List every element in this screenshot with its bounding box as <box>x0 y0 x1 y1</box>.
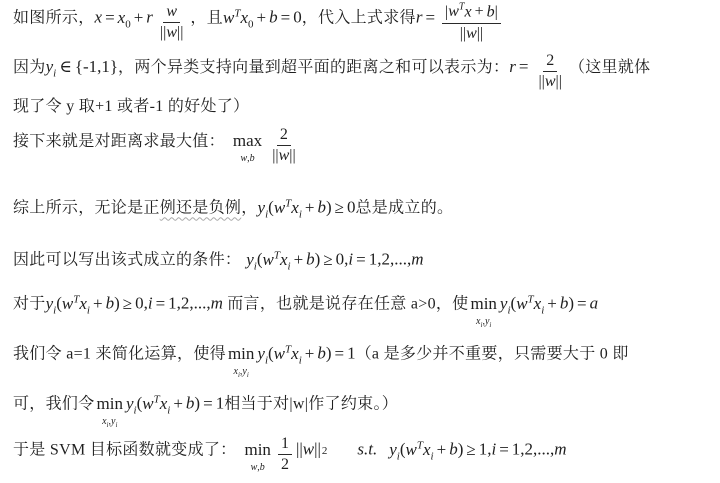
text-run: 总是成立的。 <box>356 200 454 217</box>
text-run: 因此可以写出该式成立的条件： <box>13 252 241 269</box>
math-token: b <box>449 440 458 459</box>
text-run: ， <box>241 200 257 217</box>
math-fraction: 12 <box>278 435 292 475</box>
math-token: y <box>257 344 265 363</box>
math-fraction: w||w|| <box>157 3 186 43</box>
math-subscripted: xi <box>160 394 171 413</box>
math-token: x <box>291 198 299 217</box>
math-token: w <box>406 440 417 459</box>
math-token: x <box>95 8 103 27</box>
math-operator-with-limits: minw,b <box>244 439 270 462</box>
text-line-2: 因为yi∈{-1,1}，两个异类支持向量到超平面的距离之和可以表示为：r=2||… <box>13 52 650 92</box>
fraction-denominator: 2 <box>278 455 292 474</box>
math-token: x <box>79 294 87 313</box>
operator-underscript: w,b <box>240 149 254 165</box>
math-subscripted: xi <box>534 294 545 313</box>
math-token: b <box>250 153 255 164</box>
math-subscripted: yi <box>246 250 257 269</box>
math-token: + <box>173 394 183 413</box>
operator-name: max <box>233 131 262 150</box>
text-run: 于是 SVM 目标函数就变成了： <box>13 442 236 459</box>
math-token: y <box>126 394 134 413</box>
math-superscripted: wT <box>262 250 279 269</box>
math-token: || <box>296 440 303 459</box>
math-token: m <box>211 294 223 313</box>
subscript: i <box>299 354 302 366</box>
math-token: || <box>177 24 183 41</box>
text-line-10: 于是 SVM 目标函数就变成了：minw,b12||w||2s.t.yi(wTx… <box>13 434 567 475</box>
math-token: w <box>516 294 527 313</box>
subscript: i <box>541 304 544 316</box>
math-subscripted: xi <box>291 344 302 363</box>
operator-name: min <box>228 344 254 363</box>
math-subscripted: yi <box>46 294 57 313</box>
math-token: + <box>305 198 315 217</box>
text-run: 相当于对|w|作了约束。） <box>224 396 398 413</box>
text-run: 接下来就是对距离求最大值： <box>13 133 225 150</box>
math-token: y <box>258 198 266 217</box>
math-token: ) <box>194 394 200 413</box>
text-line-6: 因此可以写出该式成立的条件：yi(wTxi+b)≥0,i=1,2,...,m <box>13 244 424 277</box>
math-token: w <box>142 394 153 413</box>
math-token: = <box>203 394 213 413</box>
math-token: ≥ <box>335 198 344 217</box>
math-subscripted: x0 <box>240 8 253 27</box>
subscript: i <box>115 421 117 429</box>
math-token: 2 <box>546 52 554 69</box>
math-token: ) <box>326 198 332 217</box>
text-line-1: 如图所示，x=x0+rw||w||，且wTx0+b=0，代入上式求得r=|wTx… <box>13 2 505 43</box>
math-subscripted: yi <box>389 440 400 459</box>
math-token: w <box>303 440 314 459</box>
math-token: w <box>262 250 273 269</box>
fraction-denominator: ||w|| <box>535 72 564 91</box>
math-token: b <box>317 344 326 363</box>
math-token: w <box>274 198 285 217</box>
fraction-denominator: ||w|| <box>157 23 186 42</box>
math-token: 2 <box>280 126 288 143</box>
math-operator-with-limits: minxi,yi <box>228 343 254 366</box>
math-superscripted: wT <box>448 3 464 20</box>
math-token: = <box>335 344 345 363</box>
math-token: b <box>306 250 315 269</box>
math-token: w <box>166 3 177 20</box>
math-token: | <box>495 3 498 20</box>
math-token: m <box>554 440 566 459</box>
fraction-numerator: w <box>163 3 180 23</box>
math-subscripted: xi <box>79 294 90 313</box>
math-subscripted: xi <box>423 440 434 459</box>
math-fraction: 2||w|| <box>535 52 564 92</box>
math-token: b <box>317 198 326 217</box>
math-token: x <box>240 8 248 27</box>
fraction-denominator: ||w|| <box>457 24 486 43</box>
math-operator-with-limits: minxi,yi <box>97 393 123 416</box>
text-run: ，代入上式求得 <box>302 10 416 27</box>
math-token: i <box>348 250 353 269</box>
math-token: 1,2,..., <box>168 294 211 313</box>
text-run: ，且 <box>190 10 223 27</box>
math-token: 1 <box>347 344 356 363</box>
math-token: + <box>305 344 315 363</box>
math-subscripted: xi <box>291 198 302 217</box>
math-token: w <box>62 294 73 313</box>
operator-underscript: w,b <box>251 458 265 474</box>
math-token: w <box>223 8 234 27</box>
math-token: 0, <box>336 250 349 269</box>
math-token: + <box>437 440 447 459</box>
math-subscripted: xi <box>280 250 291 269</box>
math-subscripted: yi <box>126 394 137 413</box>
text-line-7: 对于yi(wTxi+b)≥0,i=1,2,...,m 而言，也就是说存在任意 a… <box>13 288 598 321</box>
math-subscripted: yi <box>258 198 269 217</box>
fraction-numerator: 2 <box>543 52 557 72</box>
math-token: ) <box>568 294 574 313</box>
math-subscripted: yi <box>485 316 491 327</box>
math-token: w <box>466 25 477 42</box>
math-operator-with-limits: minxi,yi <box>470 293 496 316</box>
text-run: ，两个异类支持向量到超平面的距离之和可以表示为： <box>118 59 509 76</box>
math-token: = <box>105 8 115 27</box>
math-token: + <box>134 8 144 27</box>
math-token: = <box>156 294 166 313</box>
fraction-denominator: ||w|| <box>269 146 298 165</box>
math-token: = <box>425 8 435 27</box>
math-token: m <box>411 250 423 269</box>
math-superscripted: wT <box>516 294 533 313</box>
text-run: 综上所示，无论是正 <box>13 200 160 217</box>
math-token: ) <box>315 250 321 269</box>
math-token: 1 <box>216 394 225 413</box>
math-subscripted: x0 <box>118 8 131 27</box>
math-operator-with-limits: maxw,b <box>233 130 262 153</box>
math-token: ∈ <box>59 57 72 76</box>
operator-underscript: xi,yi <box>234 362 249 379</box>
operator-underscript: xi,yi <box>102 412 117 429</box>
math-token: = <box>519 57 529 76</box>
operator-name: min <box>97 394 123 413</box>
subscript: i <box>288 260 291 272</box>
math-token: 1,2,..., <box>369 250 412 269</box>
text-line-8: 我们令 a=1 来简化运算，使得minxi,yiyi(wTxi+b)=1（a 是… <box>13 338 629 371</box>
math-token: r <box>146 8 153 27</box>
math-token: + <box>294 250 304 269</box>
math-token: + <box>93 294 103 313</box>
math-token: x <box>423 440 431 459</box>
document-page: 如图所示，x=x0+rw||w||，且wTx0+b=0，代入上式求得r=|wTx… <box>0 0 720 483</box>
text-run: （a 是多少并不重要，只需要大于 0 即 <box>356 346 629 363</box>
text-run: 而言，也就是说存在任意 a>0，使 <box>223 296 469 313</box>
math-token: {-1,1} <box>75 57 118 76</box>
math-token: ) <box>458 440 464 459</box>
math-superscripted: wT <box>62 294 79 313</box>
math-token: 1,2,..., <box>512 440 555 459</box>
subscript: i <box>299 208 302 220</box>
math-subscripted: yi <box>500 294 511 313</box>
math-token: w <box>251 462 258 473</box>
subscript: 0 <box>125 18 131 30</box>
math-subscripted: yi <box>46 57 57 76</box>
fraction-numerator: 1 <box>278 435 292 455</box>
math-token: w <box>279 147 290 164</box>
text-run-wavy-underline: 例还是负例 <box>160 200 242 217</box>
math-token: w <box>240 153 247 164</box>
math-token: w <box>448 3 459 20</box>
math-token: w <box>274 344 285 363</box>
math-token: = <box>577 294 587 313</box>
math-token: r <box>509 57 516 76</box>
math-token: b <box>260 462 265 473</box>
math-superscripted: wT <box>223 8 240 27</box>
math-token: || <box>477 25 483 42</box>
math-token: s.t. <box>357 440 377 459</box>
math-token: 1, <box>479 440 492 459</box>
subscript: 0 <box>248 18 254 30</box>
math-token: y <box>389 440 397 459</box>
math-token: || <box>314 440 321 459</box>
math-token: 0 <box>293 8 302 27</box>
math-superscripted: wT <box>406 440 423 459</box>
operator-name: min <box>244 440 270 459</box>
math-token: || <box>556 73 562 90</box>
math-token: ) <box>326 344 332 363</box>
math-token: ≥ <box>323 250 332 269</box>
text-line-5: 综上所示，无论是正例还是负例，yi(wTxi+b)≥0总是成立的。 <box>13 192 453 225</box>
math-superscript: 2 <box>322 445 328 457</box>
text-run: （这里就体 <box>569 59 651 76</box>
math-subscripted: yi <box>111 416 117 427</box>
subscript: i <box>53 67 56 79</box>
subscript: i <box>247 371 249 379</box>
fraction-numerator: 2 <box>277 126 291 146</box>
math-token: i <box>491 440 496 459</box>
text-run: 因为 <box>13 59 46 76</box>
math-token: w <box>166 24 177 41</box>
text-run: 对于 <box>13 296 46 313</box>
math-fraction: 2||w|| <box>269 126 298 166</box>
subscript: i <box>167 404 170 416</box>
math-token: b <box>487 3 495 20</box>
math-token: ) <box>114 294 120 313</box>
math-token: x <box>280 250 288 269</box>
math-token: = <box>281 8 291 27</box>
math-token: x <box>291 344 299 363</box>
math-token: y <box>246 250 254 269</box>
math-token: w <box>545 73 556 90</box>
text-run: 我们令 a=1 来简化运算，使得 <box>13 346 226 363</box>
subscript: i <box>87 304 90 316</box>
operator-underscript: xi,yi <box>476 312 491 329</box>
math-token: + <box>257 8 267 27</box>
text-line-3: 现了令 y 取+1 或者-1 的好处了） <box>13 96 249 122</box>
math-token: = <box>356 250 366 269</box>
math-token: r <box>416 8 423 27</box>
math-token: b <box>269 8 278 27</box>
math-superscripted: wT <box>274 344 291 363</box>
subscript: i <box>431 450 434 462</box>
math-token: i <box>148 294 153 313</box>
text-run: 可，我们令 <box>13 396 95 413</box>
math-token: b <box>106 294 115 313</box>
text-line-4: 接下来就是对距离求最大值：maxw,b2||w|| <box>13 126 303 166</box>
math-token: = <box>499 440 509 459</box>
math-token: 2 <box>281 456 289 473</box>
math-subscripted: yi <box>257 344 268 363</box>
math-token: + <box>475 3 484 20</box>
math-token: ≥ <box>123 294 132 313</box>
math-token: + <box>547 294 557 313</box>
math-token: a <box>590 294 599 313</box>
math-token: x <box>464 3 471 20</box>
text-run: 如图所示， <box>13 10 95 27</box>
math-superscripted: wT <box>142 394 159 413</box>
operator-name: min <box>470 294 496 313</box>
math-token: 0 <box>347 198 356 217</box>
math-token: || <box>289 147 295 164</box>
math-token: 0, <box>135 294 148 313</box>
math-subscripted: yi <box>242 366 248 377</box>
fraction-numerator: |wTx+b| <box>442 2 501 24</box>
math-fraction: |wTx+b|||w|| <box>442 2 501 43</box>
math-superscripted: wT <box>274 198 291 217</box>
text-run: 现了令 y 取+1 或者-1 的好处了） <box>13 98 249 115</box>
subscript: i <box>489 321 491 329</box>
text-line-9: 可，我们令minxi,yiyi(wTxi+b)=1相当于对|w|作了约束。） <box>13 388 398 421</box>
math-token: ≥ <box>466 440 475 459</box>
math-token: 1 <box>281 435 289 452</box>
